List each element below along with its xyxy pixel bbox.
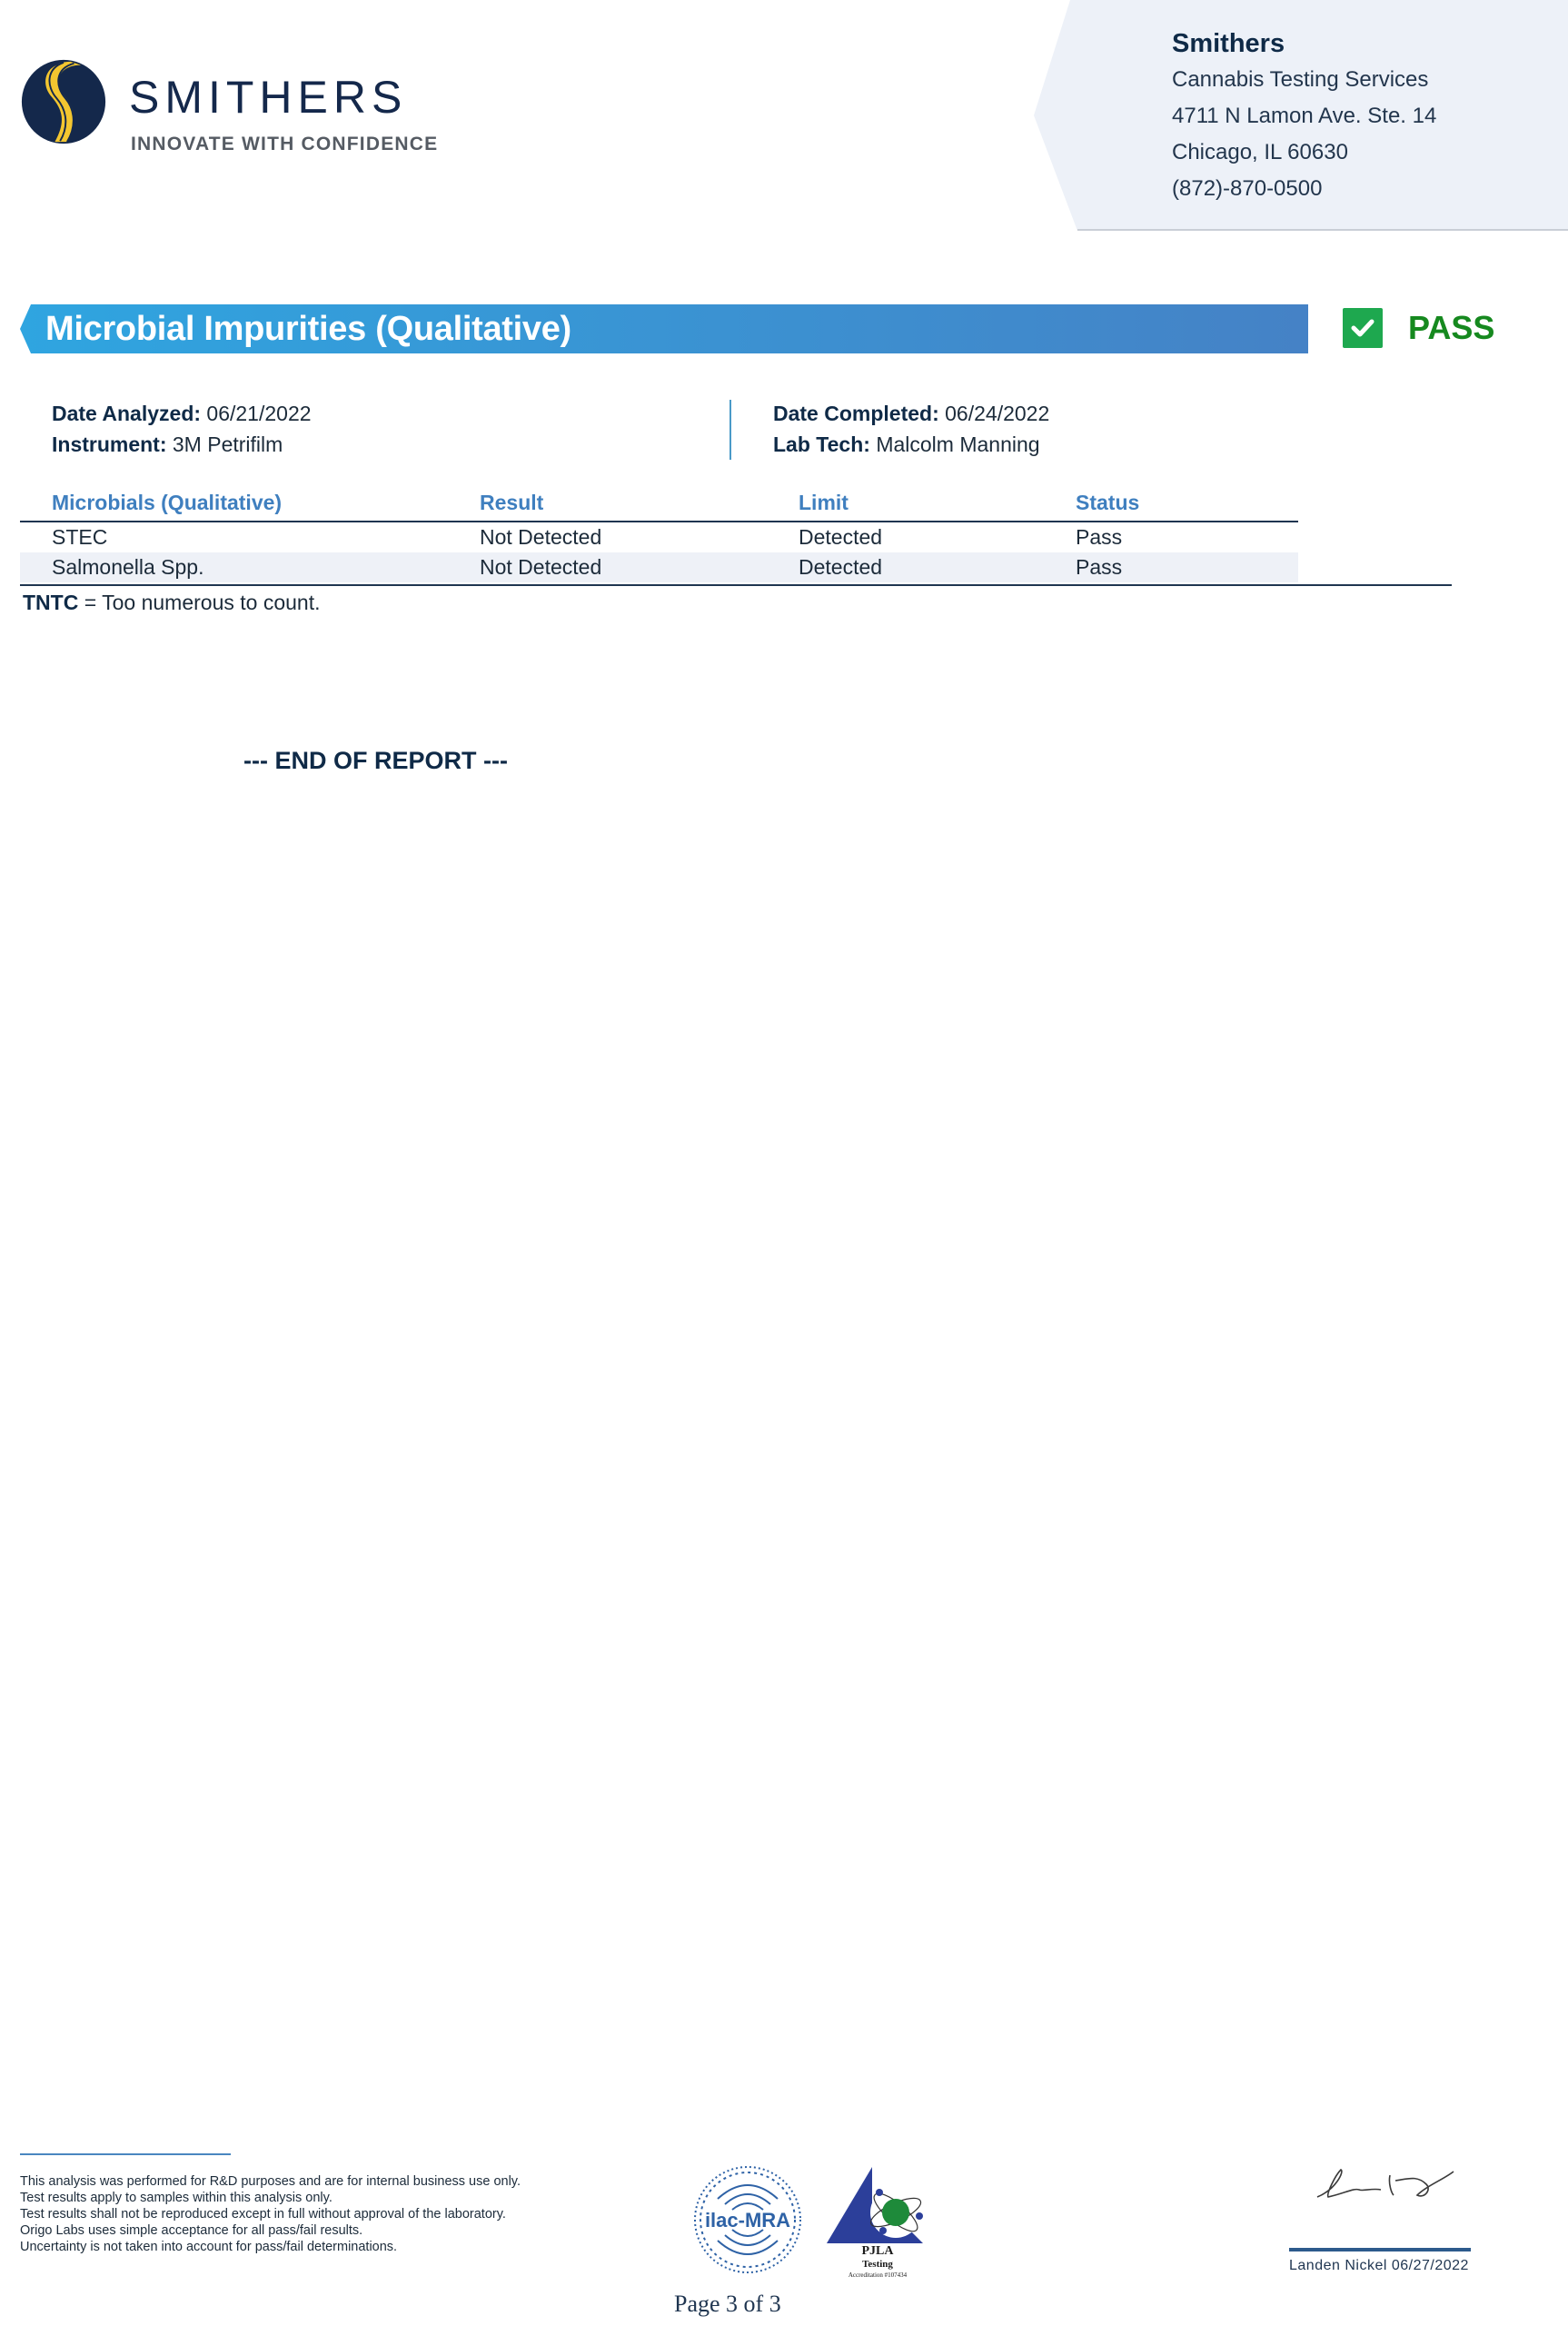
lab-city: Chicago, IL 60630 [1172, 134, 1436, 171]
table-bottom-rule [20, 584, 1452, 586]
date-analyzed: Date Analyzed: 06/21/2022 [52, 398, 312, 429]
section-title: Microbial Impurities (Qualitative) [45, 304, 571, 353]
section-banner: Microbial Impurities (Qualitative) [20, 304, 1308, 353]
disclaimer: This analysis was performed for R&D purp… [20, 2173, 521, 2255]
table-header: Microbials (Qualitative) Result Limit St… [20, 486, 1298, 522]
brand-tagline: INNOVATE WITH CONFIDENCE [131, 134, 438, 154]
lab-street: 4711 N Lamon Ave. Ste. 14 [1172, 98, 1436, 134]
table-row: Salmonella Spp. Not Detected Detected Pa… [20, 552, 1298, 582]
checkbox-checked-icon [1343, 308, 1383, 348]
lab-division: Cannabis Testing Services [1172, 62, 1436, 98]
lab-name: Smithers [1172, 25, 1436, 62]
table-row: STEC Not Detected Detected Pass [20, 522, 1298, 552]
smithers-logo: SMITHERS INNOVATE WITH CONFIDENCE [20, 58, 456, 149]
lab-contact-block: Smithers Cannabis Testing Services 4711 … [1034, 0, 1568, 231]
tntc-note: TNTC = Too numerous to count. [23, 588, 321, 617]
footer-rule [20, 2153, 231, 2155]
signature-rule [1289, 2248, 1471, 2251]
pass-status-badge: PASS [1343, 307, 1494, 349]
header-limit: Limit [799, 486, 849, 519]
smithers-logo-mark-icon [20, 58, 107, 145]
header-result: Result [480, 486, 543, 519]
analysis-meta-right: Date Completed: 06/24/2022 Lab Tech: Mal… [773, 398, 1049, 460]
brand-name: SMITHERS [129, 75, 407, 120]
end-of-report: --- END OF REPORT --- [243, 747, 508, 775]
microbials-table: Microbials (Qualitative) Result Limit St… [20, 486, 1298, 582]
signer-name-date: Landen Nickel 06/27/2022 [1289, 2258, 1469, 2274]
pass-label: PASS [1408, 309, 1494, 347]
signature-icon [1308, 2162, 1463, 2208]
date-completed: Date Completed: 06/24/2022 [773, 398, 1049, 429]
meta-divider [729, 400, 731, 460]
page-number: Page 3 of 3 [674, 2291, 781, 2318]
pjla-caption: PJLA Testing Accreditation #107434 [825, 2244, 930, 2280]
header-microbial: Microbials (Qualitative) [52, 486, 282, 519]
analysis-meta-left: Date Analyzed: 06/21/2022 Instrument: 3M… [52, 398, 312, 460]
ilac-mra-logo-icon: ilac-MRA [690, 2162, 805, 2277]
instrument: Instrument: 3M Petrifilm [52, 429, 312, 460]
svg-text:ilac-MRA: ilac-MRA [705, 2209, 790, 2232]
lab-phone: (872)-870-0500 [1172, 171, 1436, 207]
lab-tech: Lab Tech: Malcolm Manning [773, 429, 1049, 460]
header-status: Status [1076, 486, 1139, 519]
